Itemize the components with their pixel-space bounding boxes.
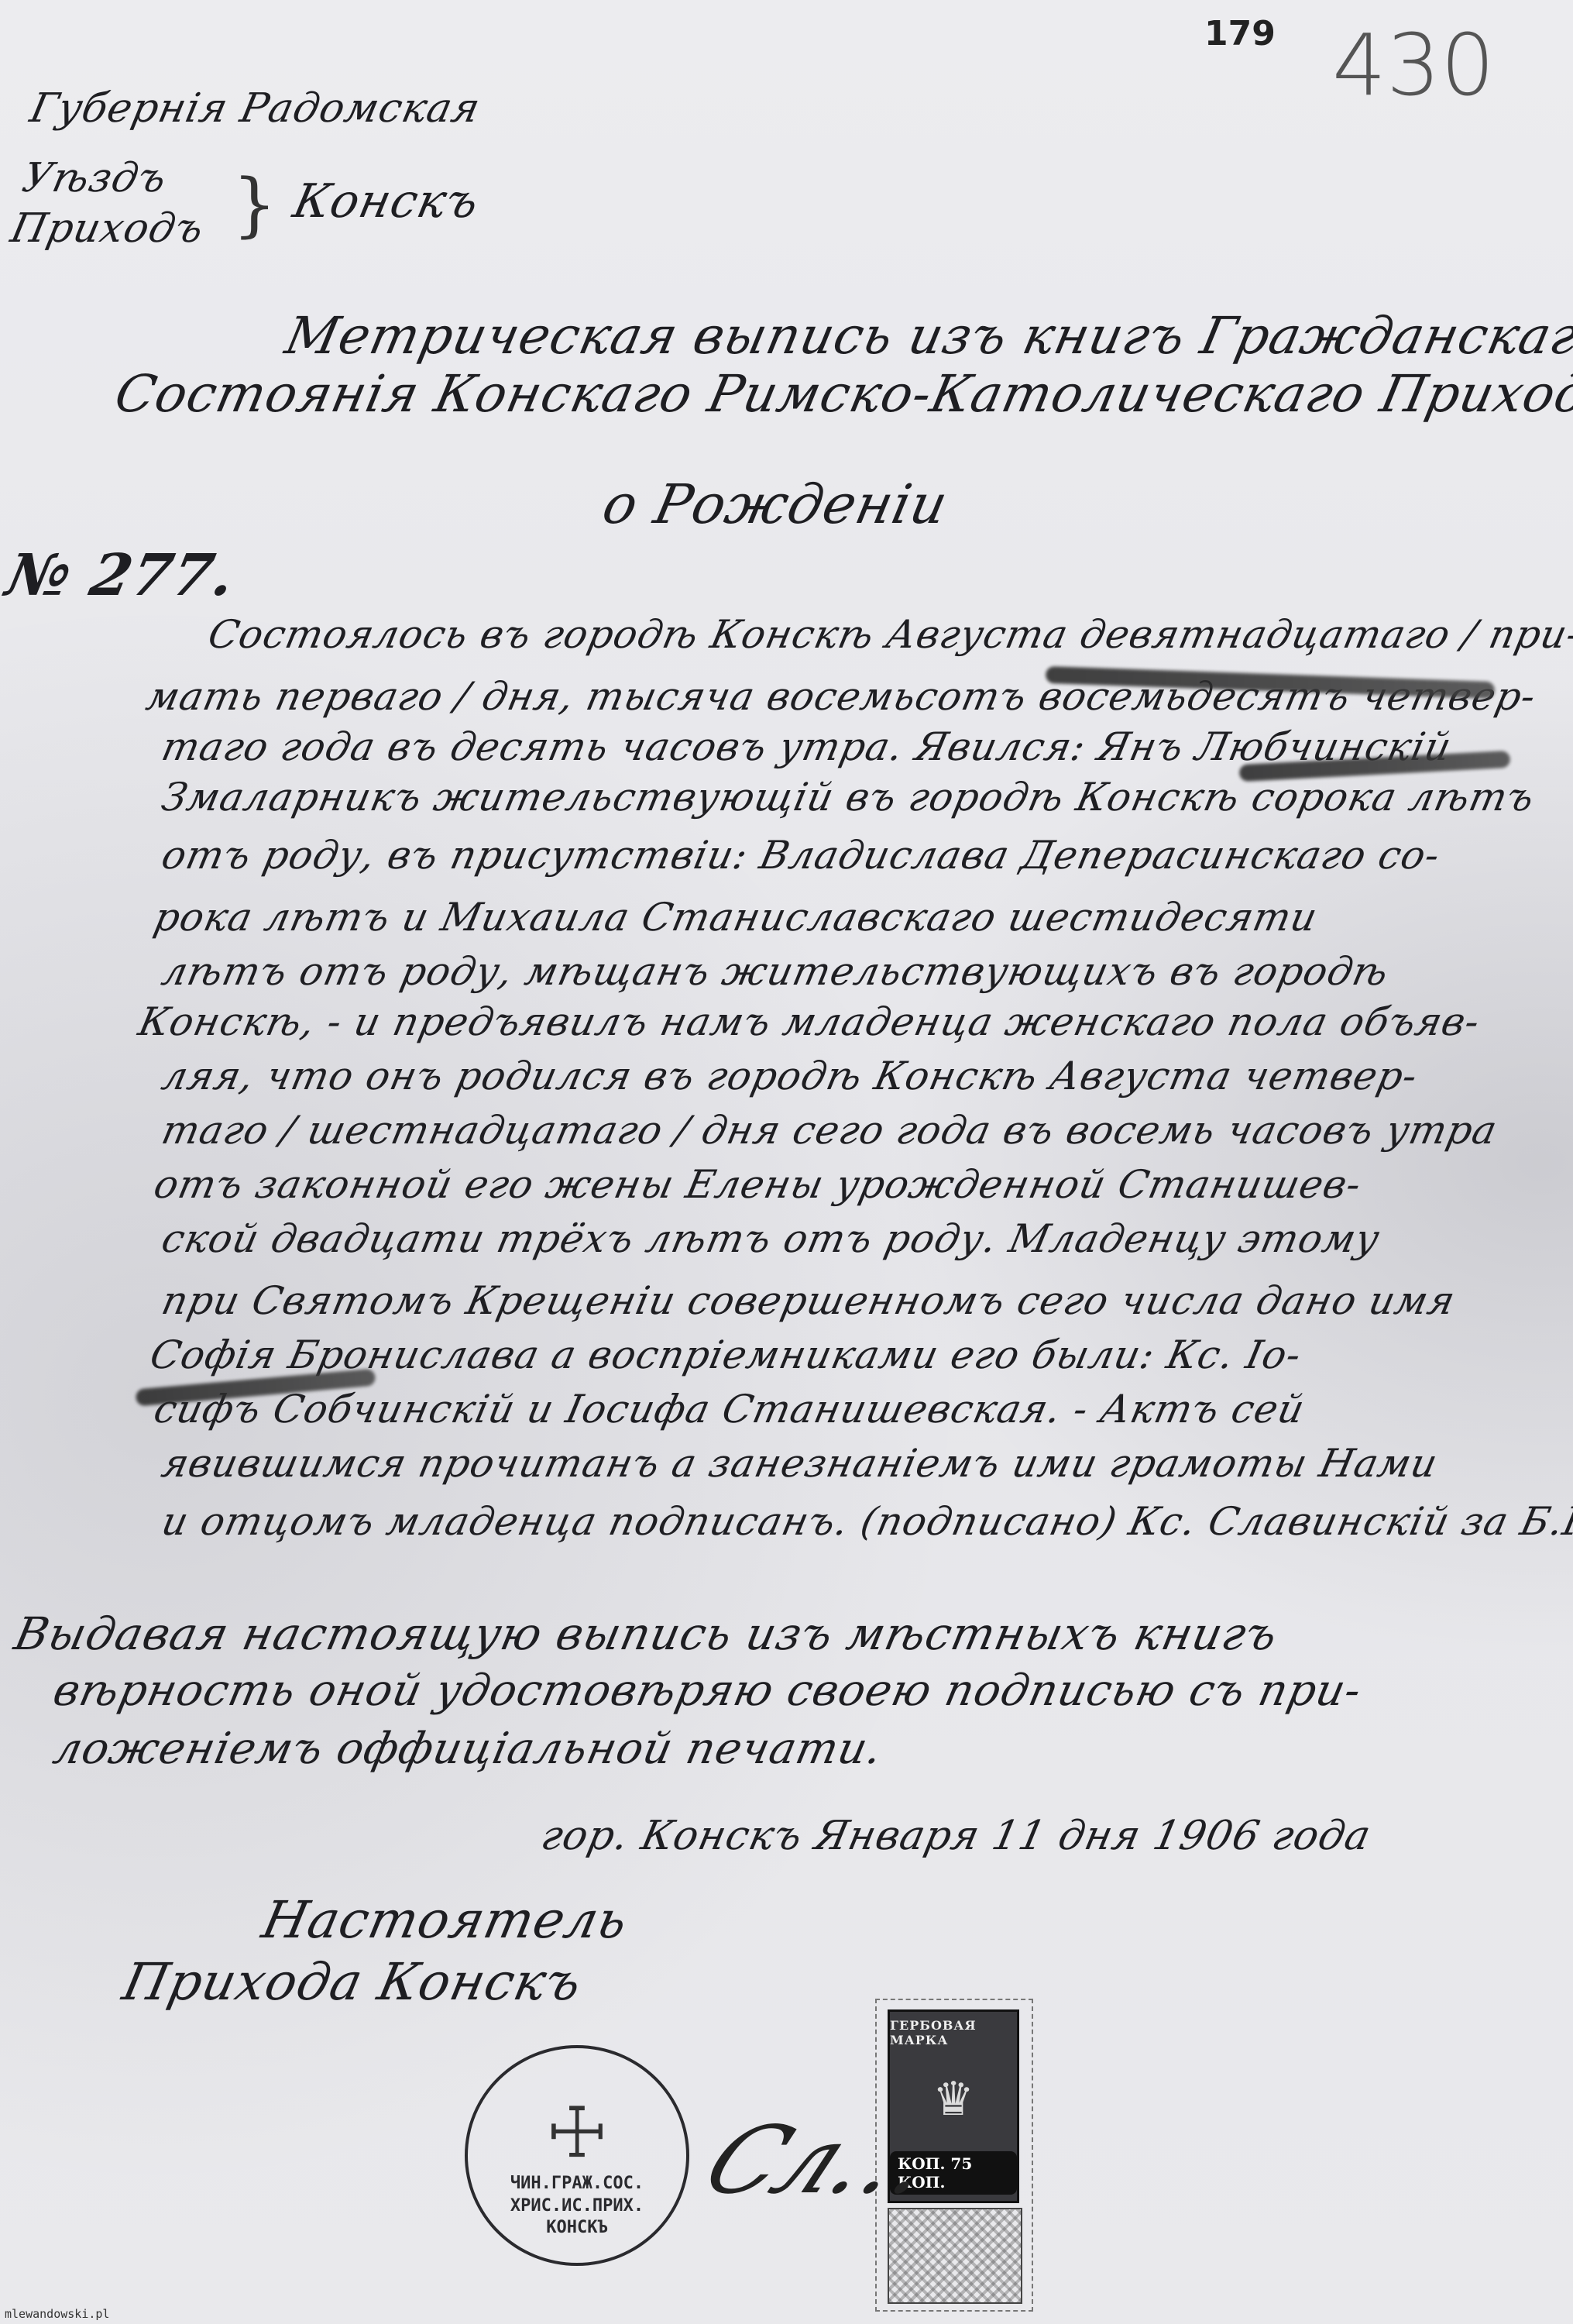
body-line: таго / шестнадцатаго / дня сего года въ … <box>158 1108 1502 1153</box>
body-line: Софія Брониславa а воспріемниками его бы… <box>146 1332 1306 1377</box>
brace: } <box>232 164 277 246</box>
body-line: отъ законной его жены Елены урожденной С… <box>150 1162 1365 1207</box>
folio-number-small: 179 <box>1204 14 1276 53</box>
stamp-arc-text: ГЕРБОВАЯ МАРКА <box>890 2018 1017 2047</box>
body-line: сифъ Собчинскій и Іосифа Станишевская. -… <box>150 1387 1309 1432</box>
eagle-icon: ☩ <box>546 2099 609 2168</box>
folio-number-large: 430 <box>1332 15 1495 115</box>
town-label: Конскъ <box>289 174 484 229</box>
uyezd-label: Уѣздъ <box>19 155 171 201</box>
certification-line: ложеніемъ оффиціальной печати. <box>49 1724 887 1774</box>
signatory-parish: Прихода Конскъ <box>118 1952 587 2012</box>
document-title-line2: Состоянія Конскаго Римско-Католическаго … <box>110 364 1573 424</box>
body-line: Конскѣ, - и предъявилъ намъ младенца жен… <box>135 999 1485 1044</box>
certification-line: вѣрность оной удостовѣряю своею подписью… <box>49 1666 1366 1716</box>
seal-text-line3: КОНСКЪ <box>546 2217 607 2240</box>
body-line: Состоялось въ городѣ Конскѣ Августа девя… <box>204 612 1573 657</box>
body-line: отъ роду, въ присутствіи: Владислава Деп… <box>158 833 1444 878</box>
body-line: ской двадцати трёхъ лѣтъ отъ роду. Младе… <box>158 1216 1384 1261</box>
body-line: и отцомъ младенца подписанъ. (подписано)… <box>158 1499 1573 1544</box>
prikhod-label: Приходъ <box>7 205 208 252</box>
document-title-line1: Метрическая выпись изъ книгъ Гражданскаг… <box>280 306 1573 366</box>
gubernia-label: Губернія Радомская <box>26 85 485 132</box>
official-seal: ☩ ЧИН.ГРАЖ.СОС. ХРИС.ИС.ПРИХ. КОНСКЪ <box>465 2045 689 2266</box>
stamp-pattern <box>888 2208 1022 2304</box>
place-date: гор. Конскъ Января 11 дня 1906 года <box>537 1813 1376 1859</box>
signatory-title: Настоятель <box>257 1890 634 1950</box>
document-page: 179 430 Губернія Радомская Уѣздъ Приходъ… <box>0 0 1573 2324</box>
seal-text-line1: ЧИН.ГРАЖ.СОС. <box>510 2173 644 2195</box>
certification-line: Выдавая настоящую выпись изъ мѣстныхъ кн… <box>10 1607 1283 1660</box>
body-line: явившимся прочитанъ а занезнаніемъ ими г… <box>158 1441 1442 1486</box>
watermark: mlewandowski.pl <box>5 2307 109 2321</box>
body-line: Змаларникъ жительствующій въ городѣ Конс… <box>158 775 1539 820</box>
body-line: таго года въ десять часовъ утра. Явился:… <box>158 724 1456 769</box>
body-line: лѣтъ отъ роду, мѣщанъ жительствующихъ въ… <box>158 949 1393 994</box>
seal-text-line2: ХРИС.ИС.ПРИХ. <box>510 2195 644 2218</box>
body-line: при Святомъ Крещеніи совершенномъ сего ч… <box>158 1278 1460 1323</box>
body-line: ляя, что онъ родился въ городѣ Конскѣ Ав… <box>158 1054 1422 1098</box>
document-title-line3: о Рожденіи <box>597 473 953 536</box>
body-line: рока лѣтъ и Михаила Станиславскаго шести… <box>150 895 1322 940</box>
record-number: № 277. <box>1 542 242 609</box>
